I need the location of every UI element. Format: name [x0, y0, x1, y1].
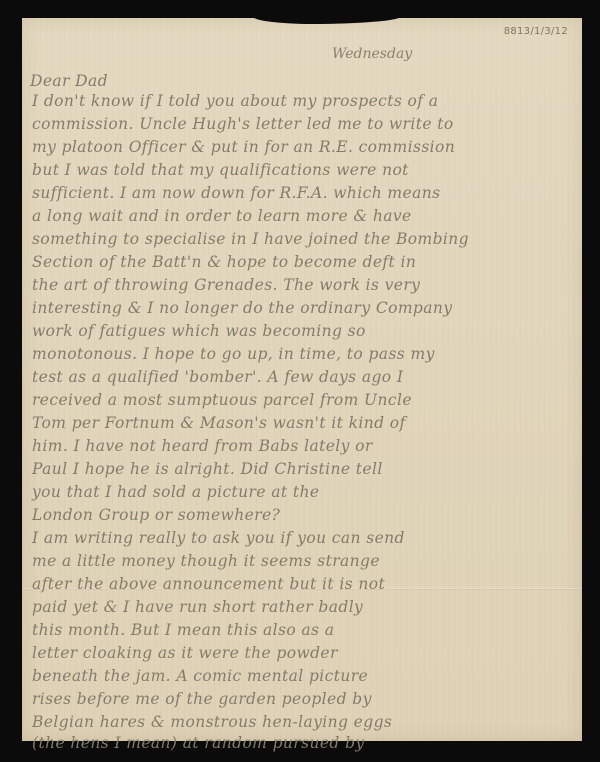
letter-line: after the above announcement but it is n… [32, 575, 385, 593]
letter-page: 8813/1/3/12 Wednesday Dear Dad I don't k… [22, 18, 582, 741]
torn-edge [252, 16, 402, 24]
letter-line: Tom per Fortnum & Mason's wasn't it kind… [32, 414, 406, 432]
archive-reference: 8813/1/3/12 [504, 26, 568, 37]
letter-line: test as a qualified 'bomber'. A few days… [32, 368, 403, 386]
letter-line: my platoon Officer & put in for an R.E. … [32, 138, 455, 156]
letter-line: a long wait and in order to learn more &… [32, 207, 412, 225]
letter-line: you that I had sold a picture at the [32, 483, 319, 501]
letter-line: (the hens I mean) at random pursued by [32, 734, 365, 752]
letter-line: rises before me of the garden peopled by [32, 690, 372, 708]
letter-line: Belgian hares & monstrous hen-laying egg… [32, 713, 392, 731]
letter-line: beneath the jam. A comic mental picture [32, 667, 368, 685]
letter-line: Paul I hope he is alright. Did Christine… [32, 460, 383, 478]
letter-line: paid yet & I have run short rather badly [32, 598, 363, 616]
letter-line: him. I have not heard from Babs lately o… [32, 437, 373, 455]
letter-line: letter cloaking as it were the powder [32, 644, 338, 662]
dateline: Wednesday [332, 46, 412, 62]
letter-line: but I was told that my qualifications we… [32, 161, 409, 179]
letter-line: interesting & I no longer do the ordinar… [32, 299, 452, 317]
letter-line: Section of the Batt'n & hope to become d… [32, 253, 416, 271]
letter-line: London Group or somewhere? [32, 506, 280, 524]
letter-line: me a little money though it seems strang… [32, 552, 380, 570]
letter-line: work of fatigues which was becoming so [32, 322, 366, 340]
letter-line: the art of throwing Grenades. The work i… [32, 276, 420, 294]
letter-line: commission. Uncle Hugh's letter led me t… [32, 115, 454, 133]
letter-line: this month. But I mean this also as a [32, 621, 334, 639]
letter-line: sufficient. I am now down for R.F.A. whi… [32, 184, 440, 202]
letter-line: I am writing really to ask you if you ca… [32, 529, 405, 547]
salutation: Dear Dad [30, 72, 108, 90]
letter-line: monotonous. I hope to go up, in time, to… [32, 345, 435, 363]
letter-line: I don't know if I told you about my pros… [32, 92, 438, 110]
letter-line: something to specialise in I have joined… [32, 230, 469, 248]
letter-line: received a most sumptuous parcel from Un… [32, 391, 412, 409]
